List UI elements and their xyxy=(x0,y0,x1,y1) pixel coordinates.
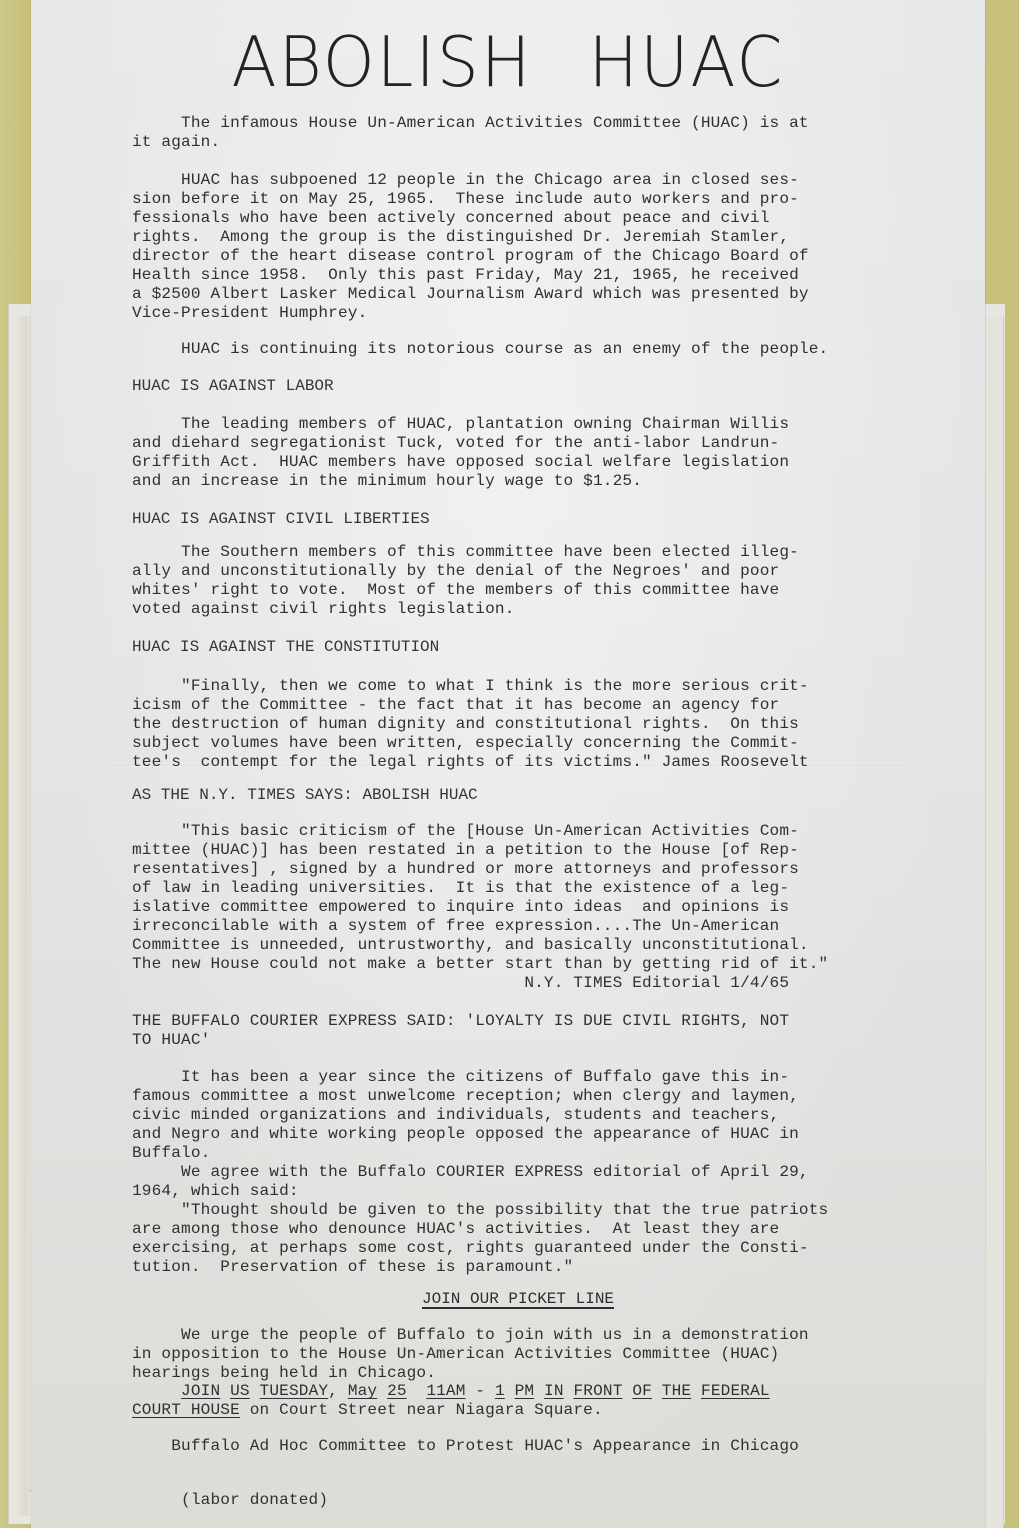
text-line: sion before it on May 25, 1965. These in… xyxy=(132,190,952,209)
call-word: FEDERAL xyxy=(701,1382,770,1400)
text-line: director of the heart disease control pr… xyxy=(132,247,952,266)
section-heading-constitution: HUAC IS AGAINST THE CONSTITUTION xyxy=(132,638,439,656)
text-line: It has been a year since the citizens of… xyxy=(132,1068,952,1087)
text-line: We urge the people of Buffalo to join wi… xyxy=(132,1326,952,1345)
call-word: 11AM xyxy=(426,1382,465,1400)
court-house-underlined: COURT HOUSE xyxy=(132,1401,240,1419)
text-line: ally and unconstitutionally by the denia… xyxy=(132,562,952,581)
text-line: Committee is unneeded, untrustworthy, an… xyxy=(132,936,952,955)
text-line: it again. xyxy=(132,133,952,152)
courier-express-paragraph: It has been a year since the citizens of… xyxy=(132,1068,952,1277)
labor-donated-note: (labor donated) xyxy=(132,1491,952,1510)
text-line: HUAC has subpoened 12 people in the Chic… xyxy=(132,171,952,190)
subpoena-paragraph: HUAC has subpoened 12 people in the Chic… xyxy=(132,171,952,323)
heading-line: TO HUAC' xyxy=(132,1031,952,1050)
flyer-page: ABOLISHHUAC The infamous House Un-Americ… xyxy=(31,0,985,1528)
call-word: 25 xyxy=(387,1382,407,1400)
text-line: The new House could not make a better st… xyxy=(132,955,952,974)
organization-signature: Buffalo Ad Hoc Committee to Protest HUAC… xyxy=(132,1437,952,1456)
underlying-sheet-edge-right xyxy=(985,316,1004,1528)
picket-line-heading: JOIN OUR PICKET LINE xyxy=(31,1290,985,1308)
text-line: and an increase in the minimum hourly wa… xyxy=(132,472,952,491)
text-line: mittee (HUAC)] has been restated in a pe… xyxy=(132,841,952,860)
text-line: "This basic criticism of the [House Un-A… xyxy=(132,822,952,841)
heading-line: THE BUFFALO COURIER EXPRESS SAID: 'LOYAL… xyxy=(132,1012,952,1031)
labor-paragraph: The leading members of HUAC, plantation … xyxy=(132,415,952,491)
text-line: 1964, which said: xyxy=(132,1182,952,1201)
section-heading-courier-express: THE BUFFALO COURIER EXPRESS SAID: 'LOYAL… xyxy=(132,1012,952,1050)
text-line: are among those who denounce HUAC's acti… xyxy=(132,1220,952,1239)
title-word-huac: HUAC xyxy=(588,22,784,103)
call-word: FRONT xyxy=(573,1382,622,1400)
constitution-paragraph: "Finally, then we come to what I think i… xyxy=(132,677,952,772)
text-line: of law in leading universities. It is th… xyxy=(132,879,952,898)
ny-times-attribution: N.Y. TIMES Editorial 1/4/65 xyxy=(132,974,952,993)
call-word: US xyxy=(230,1382,250,1400)
text-line: resentatives] , signed by a hundred or m… xyxy=(132,860,952,879)
text-line: rights. Among the group is the distingui… xyxy=(132,228,952,247)
text-line: voted against civil rights legislation. xyxy=(132,600,952,619)
text-line: tution. Preservation of these is paramou… xyxy=(132,1258,952,1277)
civil-liberties-paragraph: The Southern members of this committee h… xyxy=(132,543,952,619)
text-line: and Negro and white working people oppos… xyxy=(132,1125,952,1144)
text-line: irreconcilable with a system of free exp… xyxy=(132,917,952,936)
text-line: islative committee empowered to inquire … xyxy=(132,898,952,917)
ny-times-paragraph: "This basic criticism of the [House Un-A… xyxy=(132,822,952,993)
text-line: fessionals who have been actively concer… xyxy=(132,209,952,228)
call-word: OF xyxy=(632,1382,652,1400)
call-punct: , xyxy=(328,1382,348,1400)
picket-call-line-1: JOIN US TUESDAY, May 25 11AM - 1 PM IN F… xyxy=(132,1382,952,1401)
picket-call-line-2: COURT HOUSE on Court Street near Niagara… xyxy=(132,1401,952,1420)
text-line: the destruction of human dignity and con… xyxy=(132,715,952,734)
location-text: on Court Street near Niagara Square. xyxy=(240,1401,603,1419)
text-line: civic minded organizations and individua… xyxy=(132,1106,952,1125)
page-title: ABOLISHHUAC xyxy=(31,22,985,103)
text-line: in opposition to the House Un-American A… xyxy=(132,1345,952,1364)
text-line: whites' right to vote. Most of the membe… xyxy=(132,581,952,600)
text-line: a $2500 Albert Lasker Medical Journalism… xyxy=(132,285,952,304)
text-line: Vice-President Humphrey. xyxy=(132,304,952,323)
section-heading-labor: HUAC IS AGAINST LABOR xyxy=(132,377,334,395)
call-word: May xyxy=(348,1382,377,1400)
text-line: The leading members of HUAC, plantation … xyxy=(132,415,952,434)
call-word: 1 xyxy=(495,1382,505,1400)
call-word: PM xyxy=(515,1382,535,1400)
text-line: "Thought should be given to the possibil… xyxy=(132,1201,952,1220)
text-line: We agree with the Buffalo COURIER EXPRES… xyxy=(132,1163,952,1182)
call-word: TUESDAY xyxy=(260,1382,329,1400)
text-line: The infamous House Un-American Activitie… xyxy=(132,114,952,133)
text-line: hearings being held in Chicago. xyxy=(132,1364,952,1383)
text-line: tee's contempt for the legal rights of i… xyxy=(132,753,952,772)
call-word: JOIN xyxy=(181,1382,220,1400)
text-line: famous committee a most unwelcome recept… xyxy=(132,1087,952,1106)
section-heading-ny-times: AS THE N.Y. TIMES SAYS: ABOLISH HUAC xyxy=(132,786,478,804)
text-line: Griffith Act. HUAC members have opposed … xyxy=(132,453,952,472)
title-word-abolish: ABOLISH xyxy=(232,22,533,103)
text-line: icism of the Committee - the fact that i… xyxy=(132,696,952,715)
call-word: IN xyxy=(544,1382,564,1400)
intro-paragraph: The infamous House Un-American Activitie… xyxy=(132,114,952,152)
text-line: and diehard segregationist Tuck, voted f… xyxy=(132,434,952,453)
text-line: The Southern members of this committee h… xyxy=(132,543,952,562)
text-line: Health since 1958. Only this past Friday… xyxy=(132,266,952,285)
section-heading-civil-liberties: HUAC IS AGAINST CIVIL LIBERTIES xyxy=(132,510,430,528)
text-line: exercising, at perhaps some cost, rights… xyxy=(132,1239,952,1258)
continuing-paragraph: HUAC is continuing its notorious course … xyxy=(132,340,952,359)
call-word: THE xyxy=(662,1382,691,1400)
indent xyxy=(132,1382,181,1400)
text-line: "Finally, then we come to what I think i… xyxy=(132,677,952,696)
text-line: subject volumes have been written, espec… xyxy=(132,734,952,753)
call-punct: - xyxy=(475,1382,485,1400)
picket-paragraph: We urge the people of Buffalo to join wi… xyxy=(132,1326,952,1383)
text-line: Buffalo. xyxy=(132,1144,952,1163)
